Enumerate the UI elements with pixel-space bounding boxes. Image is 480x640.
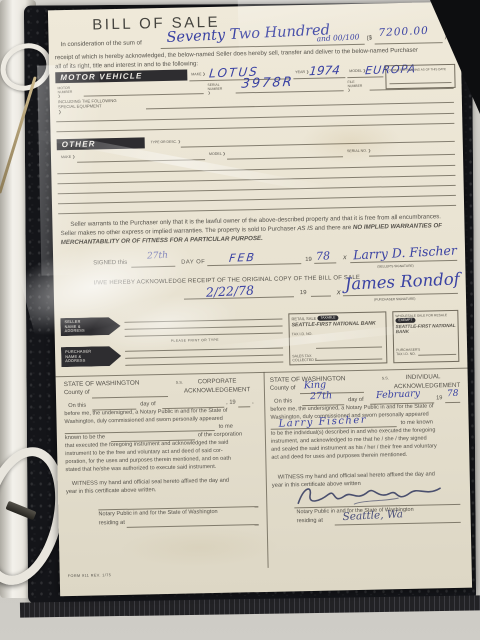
corp-heading-2: ACKNOWLEDGEMENT: [184, 386, 250, 394]
corp-county-label: County of: [64, 390, 90, 397]
odometer-box: ODOMETER READING AS OF THIS DATE: [385, 64, 455, 89]
motor-number-label-2: NUMBER: [58, 90, 73, 94]
exempt-badge: EXEMPT: [395, 318, 415, 323]
ind-month-value: February: [376, 388, 420, 401]
ind-county-label: County of: [270, 385, 296, 392]
signed-day-underline: [131, 266, 175, 268]
seller-x-mark: x: [343, 254, 347, 261]
column-divider: [264, 372, 269, 568]
purchaser-tag-line-3: ADDRESS: [65, 358, 121, 364]
ruled-line: [57, 165, 455, 174]
corp-known-to-be: known to be the: [65, 434, 105, 441]
seller-tag-line-3: ADDRESS: [65, 328, 121, 334]
retail-tax-id-label: TAX I.D. NO.: [292, 332, 313, 336]
seller-signature-caption: (SELLER'S SIGNATURE): [377, 263, 413, 268]
seller-name-address-tag: SELLER NAME & ADDRESS: [60, 317, 120, 336]
corp-of-corporation: of the corporation: [198, 431, 242, 438]
wholesale-bank-name: SEATTLE-FIRST NATIONAL BANK: [396, 323, 456, 334]
consideration-line3: all of its right, title and interest in …: [55, 60, 198, 70]
ruled-line: [58, 205, 456, 214]
corp-witness-2: year in this certificate above written.: [66, 487, 157, 495]
ind-day-of: day of: [348, 397, 364, 403]
sales-tax-underline: [316, 358, 382, 360]
model-underline: [347, 76, 383, 78]
retail-bank-name: SEATTLE-FIRST NATIONAL BANK: [291, 320, 383, 328]
consideration-line2: receipt of which is hereby acknowledged,…: [55, 46, 418, 61]
ind-ss: S.S.: [382, 376, 389, 380]
ind-year-underline: [445, 402, 460, 403]
motor-vehicle-band: MOTOR VEHICLE: [55, 69, 187, 83]
ind-heading-1: INDIVIDUAL: [406, 373, 441, 381]
amount-paren-open: ($: [366, 35, 372, 42]
ruled-line: [58, 195, 456, 204]
purchase-date-value: 2/22/78: [206, 283, 255, 300]
corp-notary-line: Notary Public in and for the State of Wa…: [98, 509, 217, 517]
seller-line: [125, 333, 283, 337]
form-number-footer: FORM 911 REV. 1/75: [68, 573, 112, 578]
ind-day-value: 27th: [310, 390, 333, 402]
taxable-badge: TAXABLE: [317, 315, 338, 320]
other-serial-label: SERIAL NO.: [347, 149, 371, 154]
warranty-mid: and there are: [313, 224, 353, 232]
purchaser-line: [125, 355, 283, 359]
special-equipment-label: INCLUDING THE FOLLOWING SPECIAL EQUIPMEN…: [58, 99, 117, 115]
year-underline: [293, 77, 345, 79]
corp-residing-underline: [127, 524, 259, 528]
ind-year-prefix: 19: [436, 395, 442, 401]
file-number-label: FILE NUMBER: [347, 80, 362, 92]
purchaser-signature: James Rondof: [344, 269, 460, 293]
corp-line3: Washington, duly commissioned and sworn …: [64, 416, 222, 425]
sales-tax-label-2: COLLECTED $: [292, 358, 317, 363]
corp-ss: S.S.: [176, 381, 183, 385]
warranty-as-is: AS IS: [297, 225, 313, 232]
warranty-paragraph: Seller warrants to the Purchaser only th…: [60, 213, 456, 248]
year-value: 78: [316, 249, 331, 263]
retail-sale-box: RETAIL SALE TAXABLE SEATTLE-FIRST NATION…: [288, 311, 387, 365]
consideration-lead: In consideration of the sum of: [61, 39, 142, 48]
ind-line8: act and deed for uses and purposes there…: [271, 452, 407, 461]
ind-to-me-known: to me known: [401, 419, 433, 426]
year-underline: [314, 262, 336, 263]
make-label: MAKE: [191, 72, 205, 76]
special-equipment-underline: [146, 102, 454, 109]
other-model-underline: [227, 156, 343, 159]
wholesale-tax-id-label-2: TAX I.D. NO.: [396, 352, 420, 357]
corp-state: STATE OF WASHINGTON: [64, 380, 140, 389]
ruled-line: [56, 113, 454, 122]
other-make-underline: [77, 159, 205, 163]
special-equipment-label-2: SPECIAL EQUIPMENT: [58, 104, 117, 110]
bill-of-sale-document: BILL OF SALE In consideration of the sum…: [48, 2, 472, 596]
year-label: YEAR: [295, 70, 309, 74]
ruled-line: [58, 185, 456, 194]
purchaser-x-mark: x: [337, 287, 341, 296]
ind-witness-1: WITNESS my hand and official seal hereto…: [278, 471, 435, 480]
retail-sale-title: RETAIL SALE: [291, 316, 316, 322]
ind-residing-label: residing at: [297, 518, 323, 525]
amount-digits-handwritten: 7200.00: [378, 25, 429, 39]
signed-day-value: 27th: [147, 251, 168, 262]
year-value: 1974: [308, 63, 340, 78]
corp-year-prefix: , 19: [226, 400, 236, 406]
year-prefix: 19: [305, 257, 312, 263]
month-value: FEB: [228, 251, 256, 265]
motor-number-label: MOTOR NUMBER: [57, 86, 72, 98]
corp-to-me: to me: [219, 424, 233, 430]
odometer-label: ODOMETER READING AS OF THIS DATE: [388, 67, 452, 72]
file-number-underline: [370, 88, 454, 91]
sales-tax-label: SALES TAX COLLECTED $: [292, 354, 317, 363]
corp-line9: stated that he/she was authorized to exe…: [65, 464, 216, 473]
purchaser-signature-caption: (PURCHASER SIGNATURE): [374, 297, 415, 302]
day-of-label: DAY OF: [181, 259, 205, 266]
year-underline-2: [311, 296, 331, 297]
corp-county-underline: [92, 396, 168, 399]
wholesale-tax-id-underline: [418, 354, 456, 356]
print-or-type-note: PLEASE PRINT OR TYPE: [171, 338, 219, 343]
corp-witness-1: WITNESS my hand and official seal hereto…: [72, 478, 229, 487]
corp-heading-1: CORPORATE: [198, 378, 237, 386]
other-type-label: TYPE OR DESC.: [151, 140, 181, 145]
serial-number-label-2: NUMBER: [208, 87, 223, 91]
ind-residing-value: Seattle, Wa: [342, 508, 403, 523]
other-type-underline: [181, 141, 455, 148]
corp-year-underline: [238, 406, 250, 407]
paper-stain: [119, 526, 280, 569]
other-serial-underline: [369, 154, 455, 157]
corp-on-this: On this: [68, 403, 86, 409]
purchaser-signature-underline: [343, 293, 458, 296]
purchaser-name-address-tag: PURCHASER NAME & ADDRESS: [61, 346, 121, 367]
ind-line7: and sealed the said instrument as his / …: [271, 443, 437, 452]
retail-tax-id-underline: [316, 346, 382, 348]
ruled-line: [58, 175, 456, 184]
ind-on-this: On this: [274, 398, 292, 404]
year-prefix-2: 19: [300, 290, 307, 296]
corp-residing-label: residing at: [99, 520, 125, 527]
other-model-label: MODEL: [209, 152, 226, 156]
seller-line: [125, 326, 283, 330]
serial-number-value: 3978R: [241, 75, 295, 92]
purchaser-line: [125, 348, 283, 352]
signed-lead: SIGNED this: [93, 260, 127, 267]
purchaser-line: [125, 362, 283, 366]
ruled-line: [56, 123, 454, 132]
amount-fraction-handwritten: and 00/100: [316, 32, 359, 43]
motor-number-underline: [84, 93, 204, 97]
amount-digits-underline: [375, 42, 443, 44]
other-band: OTHER: [57, 137, 145, 150]
model-label: MODEL: [349, 69, 366, 73]
corp-day-of: day of: [140, 401, 156, 407]
other-make-label: MAKE: [61, 155, 75, 159]
corp-comma: ,: [252, 399, 254, 405]
file-number-label-2: NUMBER: [348, 84, 363, 88]
photo-background: BILL OF SALE In consideration of the sum…: [0, 0, 480, 640]
serial-number-label: SERIAL NUMBER: [207, 83, 222, 95]
odometer-underline: [390, 82, 452, 84]
ind-year-value: 78: [447, 389, 459, 400]
corp-appeared-underline: [65, 430, 215, 434]
wholesale-tax-id-label: PURCHASER'S TAX I.D. NO.: [396, 348, 420, 357]
seller-line: [124, 319, 282, 323]
wholesale-sale-box: WHOLESALE SALE FOR RESALEEXEMPT SEATTLE-…: [392, 310, 459, 363]
ind-county-value: King: [304, 379, 327, 391]
